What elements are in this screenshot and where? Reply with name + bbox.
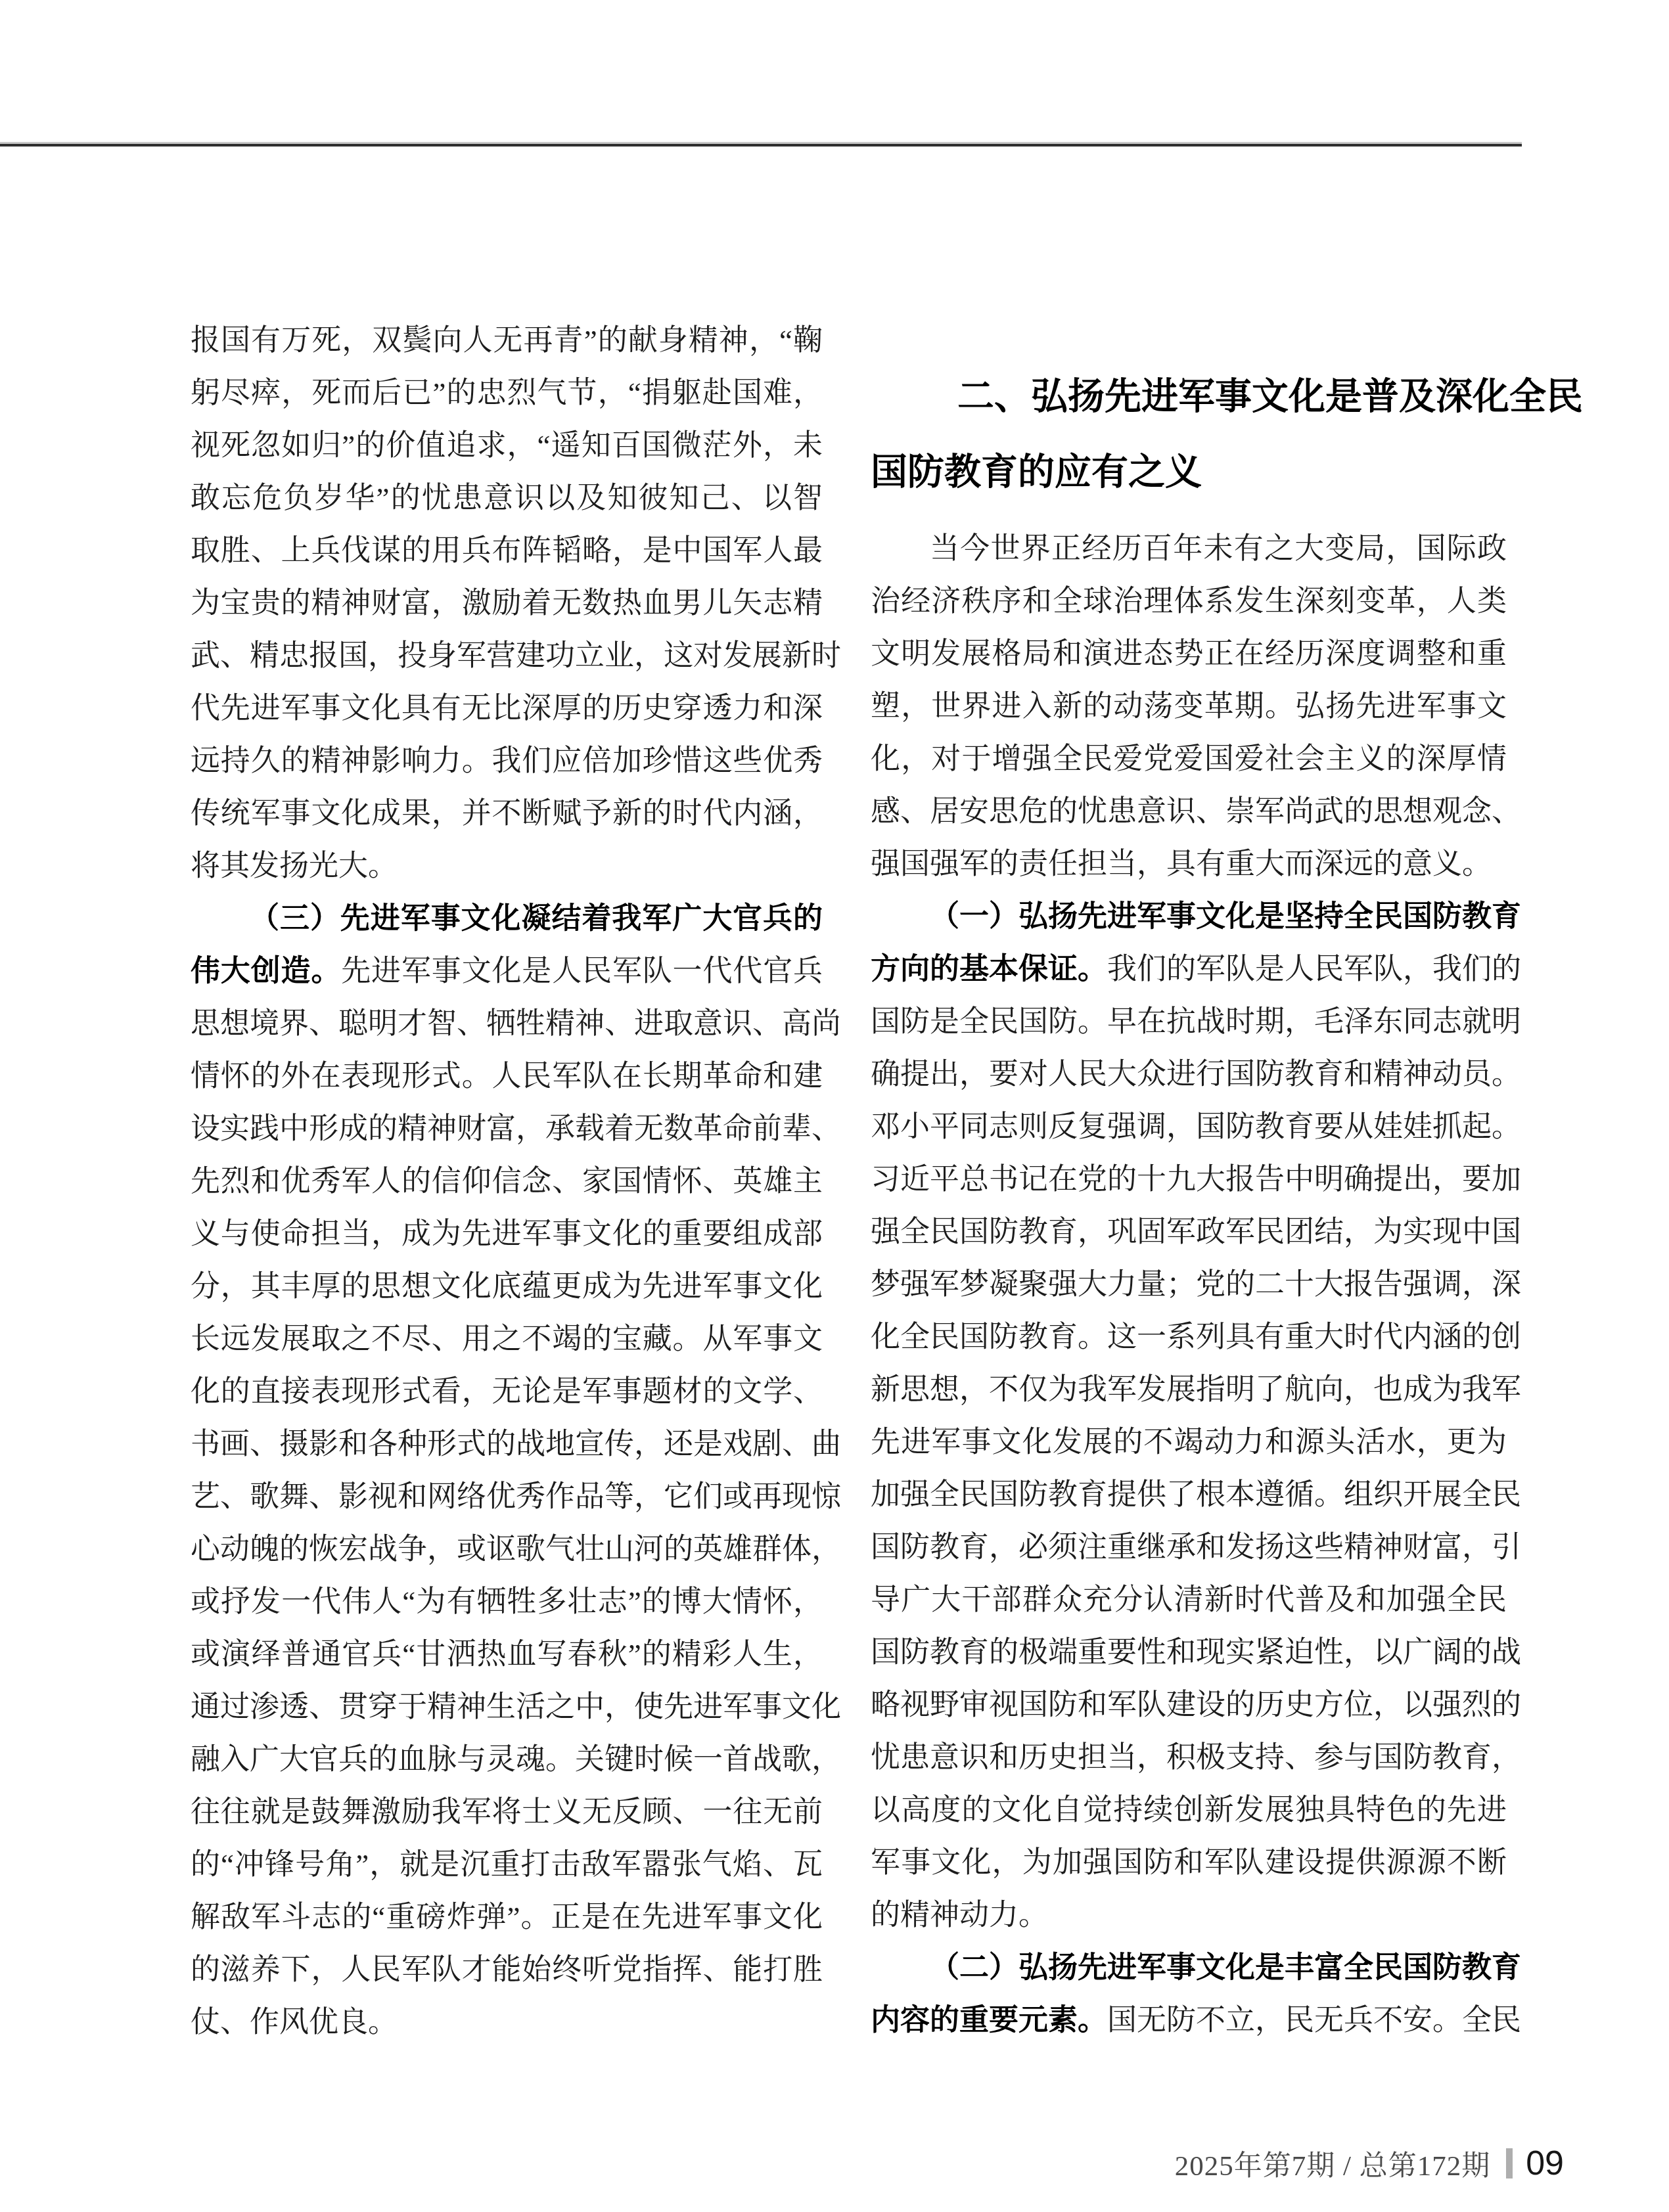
text-line: 或抒发一代伟人“为有牺牲多壮志”的博大情怀， xyxy=(191,1575,823,1628)
bold-lead-text: 二、弘扬先进军事文化是普及深化全民 xyxy=(957,375,1583,417)
text-line: 义与使命担当，成为先进军事文化的重要组成部 xyxy=(191,1208,823,1260)
text-line: 梦强军梦凝聚强大力量；党的二十大报告强调，深 xyxy=(871,1258,1507,1311)
body-text: 习近平总书记在党的十九大报告中明确提出，要加 xyxy=(871,1163,1521,1196)
text-line: 代先进军事文化具有无比深厚的历史穿透力和深 xyxy=(191,682,823,734)
text-line: 强全民国防教育，巩固军政军民团结，为实现中国 xyxy=(871,1206,1507,1258)
body-text: 化，对于增强全民爱党爱国爱社会主义的深厚情 xyxy=(871,742,1507,775)
text-line: 远持久的精神影响力。我们应倍加珍惜这些优秀 xyxy=(191,734,823,787)
body-text: 解敌军斗志的“重磅炸弹”。正是在先进军事文化 xyxy=(191,1901,823,1933)
body-text: 取胜、上兵伐谋的用兵布阵韬略，是中国军人最 xyxy=(191,534,823,567)
text-line: 国防是全民国防。早在抗战时期，毛泽东同志就明 xyxy=(871,995,1507,1048)
text-line: 以高度的文化自觉持续创新发展独具特色的先进 xyxy=(871,1784,1507,1836)
text-line: 邓小平同志则反复强调，国防教育要从娃娃抓起。 xyxy=(871,1100,1507,1153)
body-text: 以高度的文化自觉持续创新发展独具特色的先进 xyxy=(871,1794,1507,1826)
body-text: 塑，世界进入新的动荡变革期。弘扬先进军事文 xyxy=(871,690,1507,723)
body-text: 躬尽瘁，死而后已”的忠烈气节，“捐躯赴国难， xyxy=(191,376,823,409)
text-line: 确提出，要对人民大众进行国防教育和精神动员。 xyxy=(871,1048,1507,1100)
body-text: 通过渗透、贯穿于精神生活之中，使先进军事文化 xyxy=(191,1690,841,1723)
body-text: 设实践中形成的精神财富，承载着无数革命前辈、 xyxy=(191,1112,841,1145)
text-line: 略视野审视国防和军队建设的历史方位，以强烈的 xyxy=(871,1679,1507,1731)
text-line: 视死忽如归”的价值追求，“遥知百国微茫外，未 xyxy=(191,419,823,472)
text-line: 传统军事文化成果，并不断赋予新的时代内涵， xyxy=(191,787,823,840)
body-text: 代先进军事文化具有无比深厚的历史穿透力和深 xyxy=(191,692,823,725)
body-text: 书画、摄影和各种形式的战地宣传，还是戏剧、曲 xyxy=(191,1428,841,1460)
text-line: 思想境界、聪明才智、牺牲精神、进取意识、高尚 xyxy=(191,997,823,1050)
text-line: 艺、歌舞、影视和网络优秀作品等，它们或再现惊 xyxy=(191,1470,823,1523)
section-heading: 二、弘扬先进军事文化是普及深化全民国防教育的应有之义 xyxy=(871,358,1507,509)
body-text: 忧患意识和历史担当，积极支持、参与国防教育， xyxy=(871,1741,1521,1774)
body-text: 加强全民国防教育提供了根本遵循。组织开展全民 xyxy=(871,1478,1521,1511)
body-text: 思想境界、聪明才智、牺牲精神、进取意识、高尚 xyxy=(191,1007,841,1040)
body-text: 治经济秩序和全球治理体系发生深刻变革，人类 xyxy=(871,585,1507,618)
text-line: 新思想，不仅为我军发展指明了航向，也成为我军 xyxy=(871,1363,1507,1416)
body-text: 化全民国防教育。这一系列具有重大时代内涵的创 xyxy=(871,1320,1521,1353)
body-text: 先烈和优秀军人的信仰信念、家国情怀、英雄主 xyxy=(191,1165,823,1198)
text-line: 解敌军斗志的“重磅炸弹”。正是在先进军事文化 xyxy=(191,1891,823,1943)
body-text: 国防教育的极端重要性和现实紧迫性，以广阔的战 xyxy=(871,1636,1521,1669)
body-text: 报国有万死，双鬓向人无再青”的献身精神，“鞠 xyxy=(191,324,823,357)
text-line: 的“冲锋号角”，就是沉重打击敌军嚣张气焰、瓦 xyxy=(191,1838,823,1891)
right-column: 二、弘扬先进军事文化是普及深化全民国防教育的应有之义 当今世界正经历百年未有之大… xyxy=(871,358,1507,2046)
text-line: 报国有万死，双鬓向人无再青”的献身精神，“鞠 xyxy=(191,314,823,367)
body-text: 当今世界正经历百年未有之大变局，国际政 xyxy=(930,532,1507,565)
text-line: 的滋养下，人民军队才能始终听党指挥、能打胜 xyxy=(191,1943,823,1996)
text-line: 治经济秩序和全球治理体系发生深刻变革，人类 xyxy=(871,575,1507,627)
left-column: 报国有万死，双鬓向人无再青”的献身精神，“鞠躬尽瘁，死而后已”的忠烈气节，“捐躯… xyxy=(191,314,823,2048)
body-text: 传统军事文化成果，并不断赋予新的时代内涵， xyxy=(191,797,823,830)
footer-divider-bar xyxy=(1506,2148,1513,2178)
text-line: 伟大创造。先进军事文化是人民军队一代代官兵 xyxy=(191,945,823,997)
text-line: 国防教育的极端重要性和现实紧迫性，以广阔的战 xyxy=(871,1626,1507,1679)
heading-line: 二、弘扬先进军事文化是普及深化全民 xyxy=(871,358,1507,434)
text-line: 敢忘危负岁华”的忧患意识以及知彼知己、以智 xyxy=(191,472,823,524)
text-line: 躬尽瘁，死而后已”的忠烈气节，“捐躯赴国难， xyxy=(191,367,823,419)
issue-info: 2025年第7期 / 总第172期 xyxy=(1175,2144,1490,2184)
text-line: 内容的重要元素。国无防不立，民无兵不安。全民 xyxy=(871,1994,1507,2046)
body-text: 或抒发一代伟人“为有牺牲多壮志”的博大情怀， xyxy=(191,1585,823,1618)
text-line: 化，对于增强全民爱党爱国爱社会主义的深厚情 xyxy=(871,733,1507,785)
body-text: 我们的军队是人民军队，我们的 xyxy=(1107,953,1521,985)
body-text: 梦强军梦凝聚强大力量；党的二十大报告强调，深 xyxy=(871,1268,1521,1301)
body-text: 远持久的精神影响力。我们应倍加珍惜这些优秀 xyxy=(191,744,823,777)
text-line: 感、居安思危的忧患意识、崇军尚武的思想观念、 xyxy=(871,785,1507,838)
text-line: 通过渗透、贯穿于精神生活之中，使先进军事文化 xyxy=(191,1681,823,1733)
text-line: 取胜、上兵伐谋的用兵布阵韬略，是中国军人最 xyxy=(191,524,823,577)
text-line: 设实践中形成的精神财富，承载着无数革命前辈、 xyxy=(191,1102,823,1155)
body-text: 导广大干部群众充分认清新时代普及和加强全民 xyxy=(871,1583,1507,1616)
body-text: 视死忽如归”的价值追求，“遥知百国微茫外，未 xyxy=(191,429,823,462)
body-text: 心动魄的恢宏战争，或讴歌气壮山河的英雄群体， xyxy=(191,1533,841,1566)
body-text: 先进军事文化是人民军队一代代官兵 xyxy=(341,955,823,987)
bold-lead-text: （二）弘扬先进军事文化是丰富全民国防教育 xyxy=(930,1951,1521,1984)
body-text: 情怀的外在表现形式。人民军队在长期革命和建 xyxy=(191,1060,823,1093)
body-text: 先进军事文化发展的不竭动力和源头活水，更为 xyxy=(871,1426,1507,1458)
body-text: 或演绎普通官兵“甘洒热血写春秋”的精彩人生， xyxy=(191,1638,823,1671)
body-text: 强全民国防教育，巩固军政军民团结，为实现中国 xyxy=(871,1215,1521,1248)
body-text: 将其发扬光大。 xyxy=(191,849,398,882)
right-column-body: 当今世界正经历百年未有之大变局，国际政治经济秩序和全球治理体系发生深刻变革，人类… xyxy=(871,522,1507,2046)
text-line: 分，其丰厚的思想文化底蕴更成为先进军事文化 xyxy=(191,1260,823,1313)
text-line: 习近平总书记在党的十九大报告中明确提出，要加 xyxy=(871,1153,1507,1206)
text-line: 化全民国防教育。这一系列具有重大时代内涵的创 xyxy=(871,1311,1507,1363)
bold-lead-text: （三）先进军事文化凝结着我军广大官兵的 xyxy=(250,901,823,935)
text-line: 先进军事文化发展的不竭动力和源头活水，更为 xyxy=(871,1416,1507,1468)
text-line: 导广大干部群众充分认清新时代普及和加强全民 xyxy=(871,1573,1507,1626)
body-text: 邓小平同志则反复强调，国防教育要从娃娃抓起。 xyxy=(871,1110,1521,1143)
body-text: 国防是全民国防。早在抗战时期，毛泽东同志就明 xyxy=(871,1005,1521,1038)
body-text: 新思想，不仅为我军发展指明了航向，也成为我军 xyxy=(871,1373,1521,1406)
text-line: 当今世界正经历百年未有之大变局，国际政 xyxy=(871,522,1507,575)
body-text: 融入广大官兵的血脉与灵魂。关键时候一首战歌， xyxy=(191,1743,841,1776)
text-line: 往往就是鼓舞激励我军将士义无反顾、一往无前 xyxy=(191,1786,823,1838)
bold-lead-text: 内容的重要元素。 xyxy=(871,2003,1107,2037)
text-line: 书画、摄影和各种形式的战地宣传，还是戏剧、曲 xyxy=(191,1418,823,1470)
text-line: （三）先进军事文化凝结着我军广大官兵的 xyxy=(191,892,823,945)
text-line: 情怀的外在表现形式。人民军队在长期革命和建 xyxy=(191,1050,823,1102)
body-text: 为宝贵的精神财富，激励着无数热血男儿矢志精 xyxy=(191,587,823,620)
body-text: 武、精忠报国，投身军营建功立业，这对发展新时 xyxy=(191,639,841,672)
body-text: 敢忘危负岁华”的忧患意识以及知彼知己、以智 xyxy=(191,482,823,514)
text-line: 文明发展格局和演进态势正在经历深度调整和重 xyxy=(871,627,1507,680)
body-text: 的“冲锋号角”，就是沉重打击敌军嚣张气焰、瓦 xyxy=(191,1848,823,1881)
body-text: 艺、歌舞、影视和网络优秀作品等，它们或再现惊 xyxy=(191,1480,841,1513)
text-line: 强国强军的责任担当，具有重大而深远的意义。 xyxy=(871,838,1507,890)
text-line: 加强全民国防教育提供了根本遵循。组织开展全民 xyxy=(871,1468,1507,1521)
text-line: 为宝贵的精神财富，激励着无数热血男儿矢志精 xyxy=(191,577,823,629)
body-text: 感、居安思危的忧患意识、崇军尚武的思想观念、 xyxy=(871,795,1521,828)
body-text: 确提出，要对人民大众进行国防教育和精神动员。 xyxy=(871,1058,1521,1091)
text-line: 先烈和优秀军人的信仰信念、家国情怀、英雄主 xyxy=(191,1155,823,1208)
body-text: 义与使命担当，成为先进军事文化的重要组成部 xyxy=(191,1217,823,1250)
text-line: 国防教育，必须注重继承和发扬这些精神财富，引 xyxy=(871,1521,1507,1573)
bold-lead-text: （一）弘扬先进军事文化是坚持全民国防教育 xyxy=(930,899,1521,933)
body-text: 长远发展取之不尽、用之不竭的宝藏。从军事文 xyxy=(191,1322,823,1355)
text-line: 方向的基本保证。我们的军队是人民军队，我们的 xyxy=(871,943,1507,995)
magazine-page: { "divider": {"color": "#2f2f2f", "top_e… xyxy=(0,0,1669,2212)
text-line: 将其发扬光大。 xyxy=(191,840,823,892)
body-text: 仗、作风优良。 xyxy=(191,2006,398,2039)
bold-lead-text: 国防教育的应有之义 xyxy=(871,451,1202,492)
heading-line: 国防教育的应有之义 xyxy=(871,434,1507,509)
page-number: 09 xyxy=(1526,2144,1564,2183)
body-text: 的精神动力。 xyxy=(871,1899,1048,1931)
body-text: 国无防不立，民无兵不安。全民 xyxy=(1107,2004,1521,2037)
text-line: 塑，世界进入新的动荡变革期。弘扬先进军事文 xyxy=(871,680,1507,733)
body-text: 分，其丰厚的思想文化底蕴更成为先进军事文化 xyxy=(191,1270,823,1303)
body-text: 略视野审视国防和军队建设的历史方位，以强烈的 xyxy=(871,1688,1521,1721)
text-line: 化的直接表现形式看，无论是军事题材的文学、 xyxy=(191,1365,823,1418)
body-text: 的滋养下，人民军队才能始终听党指挥、能打胜 xyxy=(191,1953,823,1986)
text-line: 的精神动力。 xyxy=(871,1889,1507,1941)
text-line: 忧患意识和历史担当，积极支持、参与国防教育， xyxy=(871,1731,1507,1784)
bold-lead-text: 方向的基本保证。 xyxy=(871,952,1107,985)
text-line: （二）弘扬先进军事文化是丰富全民国防教育 xyxy=(871,1941,1507,1994)
body-text: 化的直接表现形式看，无论是军事题材的文学、 xyxy=(191,1375,823,1408)
body-text: 强国强军的责任担当，具有重大而深远的意义。 xyxy=(871,847,1492,880)
text-line: （一）弘扬先进军事文化是坚持全民国防教育 xyxy=(871,890,1507,943)
bold-lead-text: 伟大创造。 xyxy=(191,954,341,987)
text-line: 仗、作风优良。 xyxy=(191,1996,823,2048)
body-text: 往往就是鼓舞激励我军将士义无反顾、一往无前 xyxy=(191,1795,823,1828)
body-text: 文明发展格局和演进态势正在经历深度调整和重 xyxy=(871,637,1507,670)
body-text: 国防教育，必须注重继承和发扬这些精神财富，引 xyxy=(871,1531,1521,1564)
text-line: 军事文化，为加强国防和军队建设提供源源不断 xyxy=(871,1836,1507,1889)
text-line: 武、精忠报国，投身军营建功立业，这对发展新时 xyxy=(191,629,823,682)
text-line: 心动魄的恢宏战争，或讴歌气壮山河的英雄群体， xyxy=(191,1523,823,1575)
body-text: 军事文化，为加强国防和军队建设提供源源不断 xyxy=(871,1846,1507,1879)
page-footer: 2025年第7期 / 总第172期 09 xyxy=(1175,2143,1564,2184)
text-line: 长远发展取之不尽、用之不竭的宝藏。从军事文 xyxy=(191,1313,823,1365)
text-line: 融入广大官兵的血脉与灵魂。关键时候一首战歌， xyxy=(191,1733,823,1786)
header-rule-line xyxy=(0,144,1522,147)
text-line: 或演绎普通官兵“甘洒热血写春秋”的精彩人生， xyxy=(191,1628,823,1681)
